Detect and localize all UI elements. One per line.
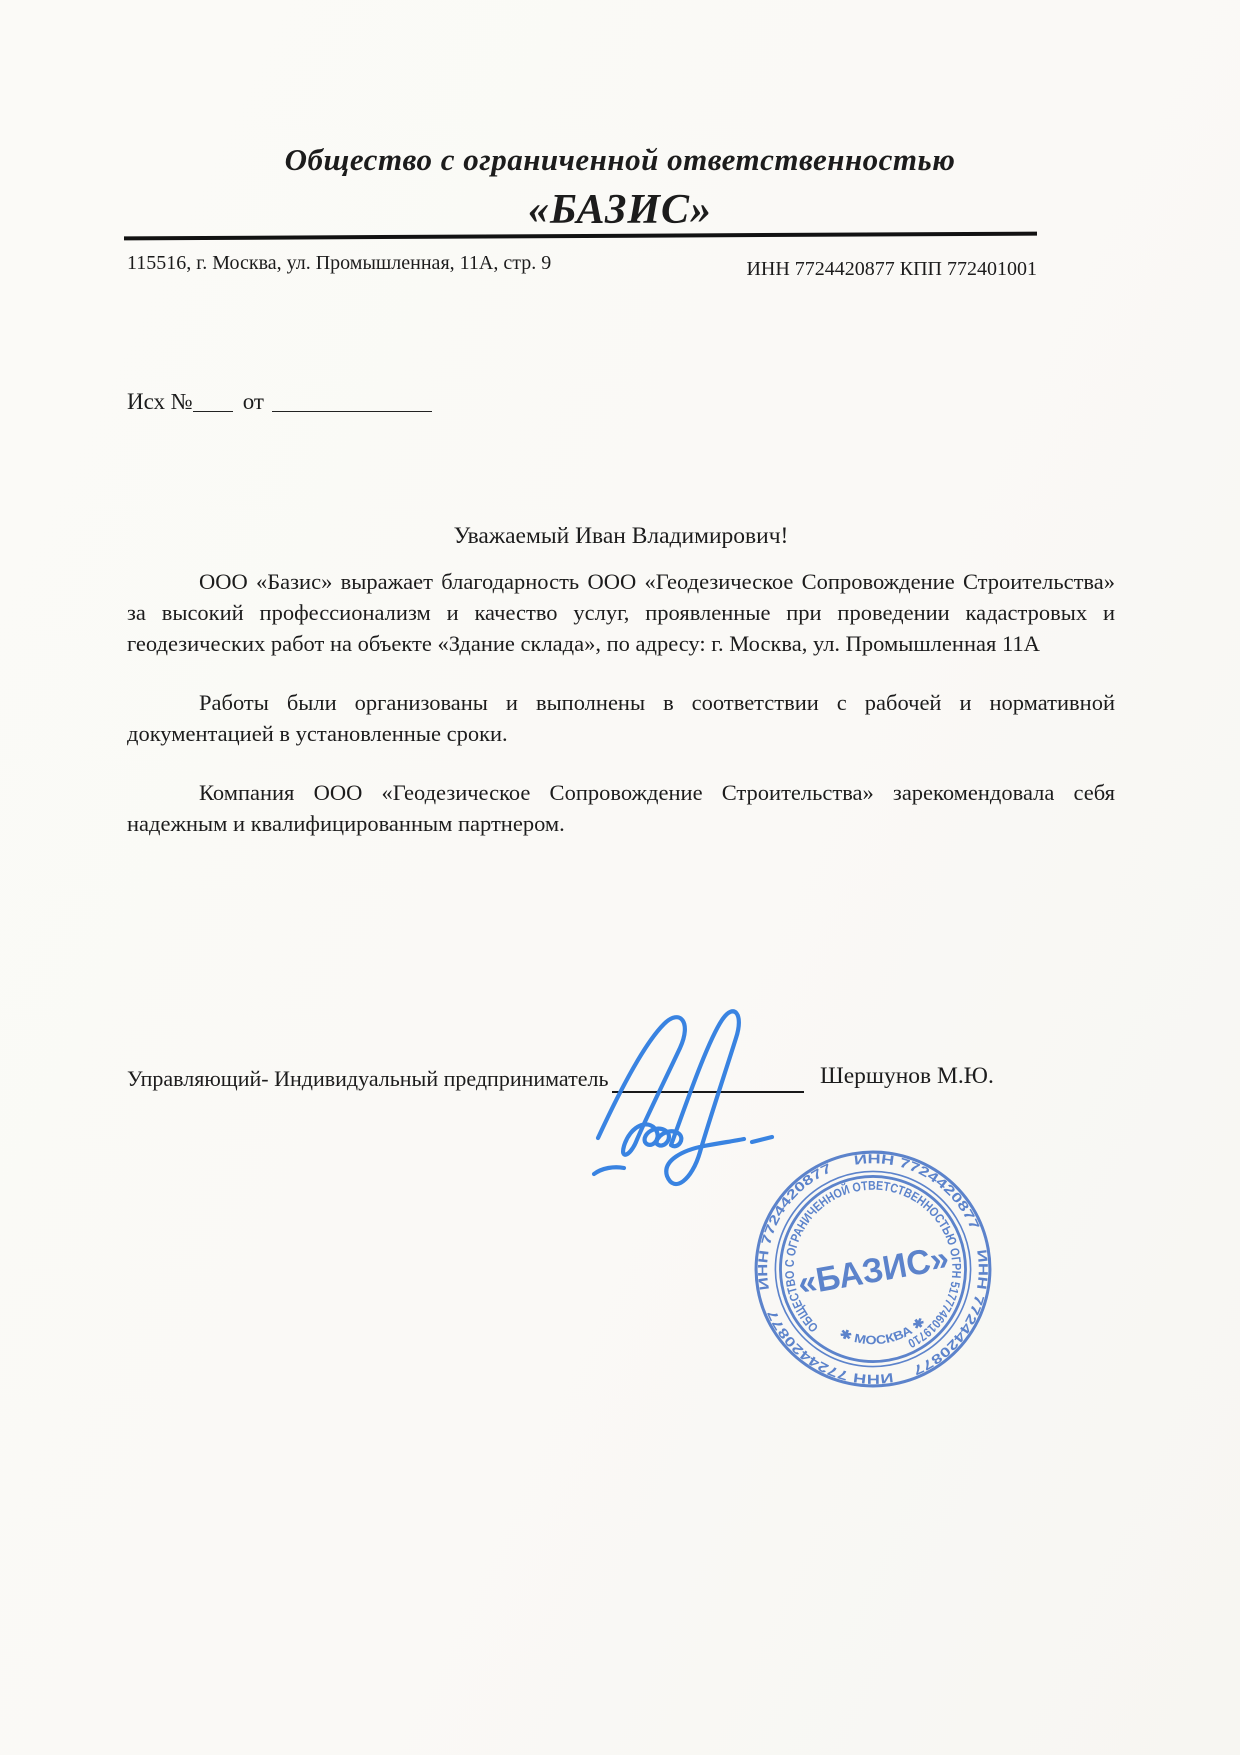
letterhead-requisites: ИНН 7724420877 КПП 772401001 — [746, 258, 1037, 281]
body-paragraph: Компания ООО «Геодезическое Сопровождени… — [127, 777, 1115, 839]
letterhead-address: 115516, г. Москва, ул. Промышленная, 11А… — [127, 252, 551, 275]
signatory-name: Шершунов М.Ю. — [820, 1063, 994, 1090]
ref-date-blank — [272, 388, 432, 412]
ref-number-line: Исх №от — [127, 385, 432, 415]
stamp-center-text: «БАЗИС» — [795, 1239, 952, 1303]
ref-from-label: от — [243, 389, 264, 414]
signatory-title: Управляющий- Индивидуальный предпринимат… — [127, 1066, 609, 1092]
letterhead-org-type: Общество с ограниченной ответственностью — [0, 142, 1240, 178]
salutation: Уважаемый Иван Владимирович! — [127, 523, 1115, 550]
ref-label: Исх № — [127, 389, 193, 414]
letter-sheet: Общество с ограниченной ответственностью… — [0, 0, 1240, 1755]
ref-number-blank — [193, 388, 233, 412]
letter-body: ООО «Базис» выражает благодарность ООО «… — [127, 566, 1115, 867]
letterhead-org-name: «БАЗИС» — [0, 186, 1240, 234]
body-paragraph: Работы были организованы и выполнены в с… — [127, 687, 1115, 749]
body-paragraph: ООО «Базис» выражает благодарность ООО «… — [127, 566, 1115, 659]
handwritten-signature — [582, 1000, 822, 1200]
